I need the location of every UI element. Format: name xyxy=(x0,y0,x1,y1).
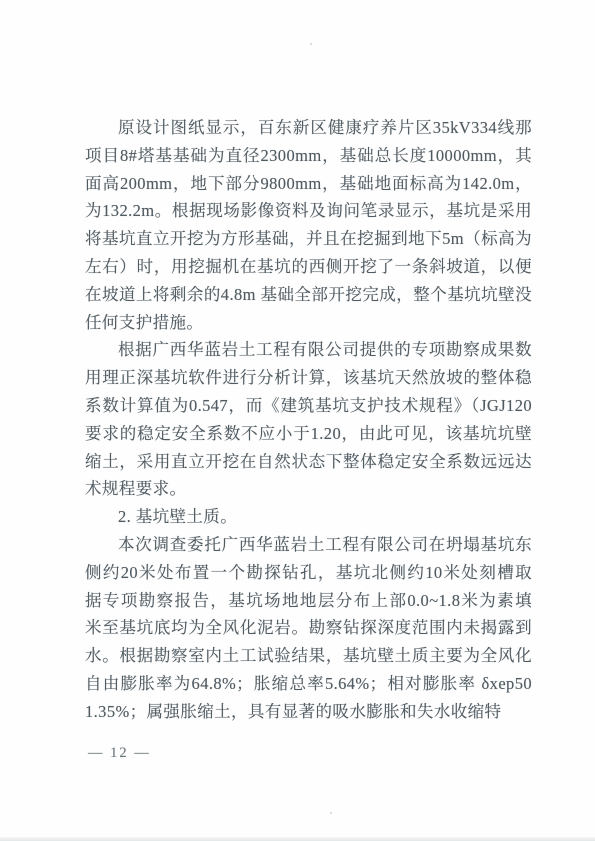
text-line: 侧约20米处布置一个勘探钻孔，基坑北侧约10米处刻槽取样。根 xyxy=(85,559,532,587)
text-line: 系数计算值为0.547，而《建筑基坑支护技术规程》（JGJ120－2012） xyxy=(85,392,532,420)
text-line: 1.35%；属强胀缩土，具有显著的吸水膨胀和失水收缩特性。 xyxy=(85,698,532,726)
text-line: 水。根据勘察室内土工试验结果，基坑壁土质主要为全风化泥岩， xyxy=(85,642,532,670)
text-line: 将基坑直立开挖为方形基础，并且在挖掘到地下5m（标高为137.0m xyxy=(85,225,532,253)
text-line: 左右）时，用挖掘机在基坑的西侧开挖了一条斜坡道，以便挖掘机 xyxy=(85,253,532,281)
page-number: — 12 — xyxy=(88,745,151,762)
page-body-text: 原设计图纸显示，百东新区健康疗养片区35kV334线那召线迁改项目8#塔基基础为… xyxy=(85,114,532,726)
section-heading: 2. 基坑壁土质。 xyxy=(85,503,532,531)
text-line: 自由膨胀率为64.8%；胀缩总率5.64%；相对膨胀率 δxep50为 xyxy=(85,670,532,698)
text-line: 用理正深基坑软件进行分析计算，该基坑天然放坡的整体稳定安全 xyxy=(85,364,532,392)
text-line: 要求的稳定安全系数不应小于1.20，由此可见，该基坑坑壁属于强胀 xyxy=(85,420,532,448)
text-line: 根据广西华蓝岩土工程有限公司提供的专项勘察成果数据，采 xyxy=(85,336,532,364)
text-line: 缩土，采用直立开挖在自然状态下整体稳定安全系数远远达不到技 xyxy=(85,448,532,476)
text-line: 本次调查委托广西华蓝岩土工程有限公司在坍塌基坑东南 xyxy=(85,531,532,559)
text-line: 在坡道上将剩余的4.8m 基础全部开挖完成，整个基坑坑壁没有采取 xyxy=(85,281,532,309)
text-line: 术规程要求。 xyxy=(85,475,532,503)
document-page: 原设计图纸显示，百东新区健康疗养片区35kV334线那召线迁改项目8#塔基基础为… xyxy=(0,0,595,841)
text-line: 原设计图纸显示，百东新区健康疗养片区35kV334线那召线迁改 xyxy=(85,114,532,142)
text-line: 米至基坑底均为全风化泥岩。勘察钻探深度范围内未揭露到地下 xyxy=(85,614,532,642)
text-line: 面高200mm，地下部分9800mm，基础地面标高为142.0m，坑底标高 xyxy=(85,170,532,198)
text-line: 任何支护措施。 xyxy=(85,309,532,337)
scan-artifact-speck xyxy=(330,812,332,814)
scan-artifact-speck xyxy=(310,43,312,45)
scan-bottom-edge-shadow xyxy=(0,837,595,841)
text-line: 据专项勘察报告，基坑场地地层分布上部0.0~1.8米为素填土，1.8 xyxy=(85,587,532,615)
text-line: 项目8#塔基基础为直径2300mm，基础总长度10000mm，其中外露地 xyxy=(85,142,532,170)
text-line: 为132.2m。根据现场影像资料及询问笔录显示，基坑是采用挖掘机 xyxy=(85,197,532,225)
